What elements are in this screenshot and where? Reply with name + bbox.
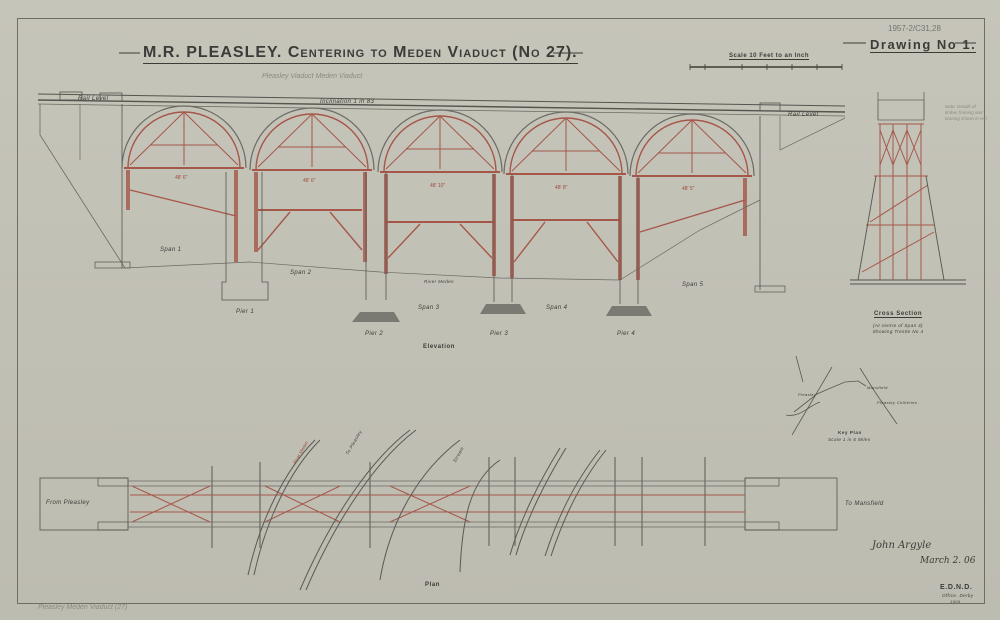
span-dim-3: 48' 10": [430, 183, 445, 189]
scale-label: Scale 10 Feet to an Inch: [729, 53, 809, 60]
cross-section-note: Note: Details of timber framing and brac…: [945, 104, 989, 122]
span-label-1: Span 1: [160, 247, 181, 253]
elevation-label: Elevation: [423, 344, 455, 350]
inclination-label: Inclination 1 in 83: [320, 99, 374, 105]
pencil-note-top: Pleasley Viaduct Meden Viaduct: [262, 73, 362, 80]
span-dim-2: 48' 6": [303, 178, 315, 184]
drawing-number: Drawing No 1.: [870, 37, 976, 53]
span-dim-4: 48' 8": [555, 185, 567, 191]
span-label-5: Span 5: [682, 282, 703, 288]
key-plan-place-pleasley: Pleasley: [798, 392, 816, 397]
plan-label: Plan: [425, 582, 440, 588]
key-plan-label: Key Plan: [838, 430, 862, 435]
rail-level-right: Rail Level: [788, 112, 818, 118]
office-ref: 1906: [950, 599, 961, 604]
pier-label-3: Pier 3: [490, 331, 508, 337]
plan-right-end: To Mansfield: [845, 501, 884, 507]
cross-section-sublabel: (At centre of Span 3) Showing Trestle No…: [872, 323, 924, 335]
pier-label-1: Pier 1: [236, 309, 254, 315]
span-label-3: Span 3: [418, 305, 439, 311]
plan-drawing: [40, 430, 837, 590]
key-plan-place-collieries: Pleasley Collieries: [877, 400, 917, 405]
reference-number: 1957-2/C31,28: [888, 24, 941, 33]
span-label-2: Span 2: [290, 270, 311, 276]
drawing-title: M.R. PLEASLEY. Centering to Meden Viaduc…: [143, 44, 578, 64]
elevation-drawing: [0, 0, 1000, 620]
span-dim-5: 48' 5": [682, 186, 694, 192]
office-code: E.D.N.D.: [940, 584, 972, 591]
title-railway: M.R. PLEASLEY.: [143, 44, 282, 61]
plan-left-end: From Pleasley: [46, 500, 90, 506]
pier-label-2: Pier 2: [365, 331, 383, 337]
title-subject: Centering to Meden Viaduct (No 27).: [288, 44, 578, 61]
pier-label-4: Pier 4: [617, 331, 635, 337]
key-plan-scale: Scale 1 in 6 Miles: [828, 437, 870, 442]
signature-name: John Argyle: [872, 540, 931, 551]
archive-note: Pleasley Meden Viaduct (27): [38, 604, 127, 611]
office-sub: Office. Derby: [942, 593, 973, 598]
signature-date: March 2. 06: [920, 556, 975, 566]
cross-section-label: Cross Section: [874, 311, 922, 318]
key-plan-place-mansfield: Mansfield: [867, 385, 888, 390]
river-note: River Meden: [424, 279, 454, 284]
span-dim-1: 48' 6": [175, 175, 187, 181]
drawing-sheet: M.R. PLEASLEY. Centering to Meden Viaduc…: [0, 0, 1000, 620]
span-label-4: Span 4: [546, 305, 567, 311]
rail-level-left: Rail Level: [78, 96, 108, 102]
